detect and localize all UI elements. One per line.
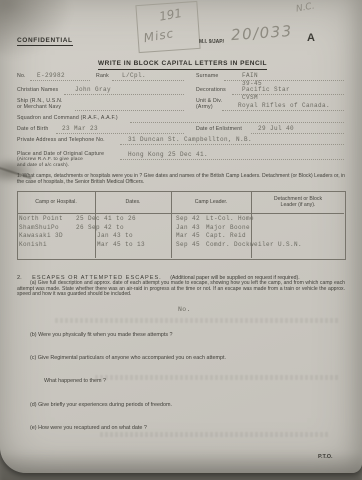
question-b: (b) Were you physically fit when you mad… <box>30 332 173 338</box>
unit-value: Royal Rifles of Canada. <box>238 102 330 109</box>
field-rule <box>112 80 184 81</box>
stamp-box: 191 Misc <box>135 1 200 53</box>
page-title: WRITE IN BLOCK CAPITAL LETTERS IN PENCIL <box>70 60 295 67</box>
question-e: (e) How were you recaptured and on what … <box>30 425 147 431</box>
mi9-reference: M.I. 9/JAP/ <box>199 39 224 45</box>
table-row: Kawasaki 3D Jan 43 to Mar 45 Capt. Reid <box>0 232 362 240</box>
table-row: North Point 25 Dec 41 to 26 Sep 42 Lt-Co… <box>0 215 362 223</box>
table-header-dates: Dates. <box>126 199 141 205</box>
date-of-birth-label: Date of Birth <box>17 126 48 132</box>
unit-label-line2: (Army) <box>196 104 213 110</box>
table-header-camp: Camp or Hospital. <box>35 199 77 205</box>
question-a: (a) Give full description and approx. da… <box>17 281 345 298</box>
decorations-label: Decorations <box>196 87 226 93</box>
table-header-line <box>17 213 344 214</box>
camp-name: North Point <box>19 215 63 222</box>
camp-leader: Comdr. Dockweiler U.S.N. <box>206 241 302 248</box>
field-rule <box>64 94 184 95</box>
dates-from: 25 Dec 41 to 26 <box>76 215 136 222</box>
stamp-box-word: Misc <box>143 26 176 45</box>
dates-from: 26 Sep 42 to <box>76 224 124 231</box>
camp-name: Konishi <box>19 241 47 248</box>
pto-footer: P.T.O. <box>318 454 333 460</box>
field-rule <box>251 133 344 134</box>
capture-label-line3: and date of a/c crash). <box>17 163 69 168</box>
dates-from: Mar 45 to 13 <box>97 241 145 248</box>
capture-value: Hong Kong 25 Dec 41. <box>128 151 208 158</box>
field-rule <box>75 110 184 111</box>
date-of-enlistment-label: Date of Enlistment <box>196 126 242 132</box>
bottom-shadow <box>0 452 362 480</box>
no-label: No. <box>17 73 26 79</box>
answer-a: No. <box>178 306 191 313</box>
table-row: ShamShuiPo 26 Sep 42 to Jan 43 Major Boo… <box>0 224 362 232</box>
dates-to: Mar 45 <box>176 232 200 239</box>
dates-from: Jan 43 to <box>97 232 133 239</box>
table-header-detachment-line2: Leader (if any). <box>281 202 316 208</box>
table-header-leader: Camp Leader. <box>195 199 228 205</box>
field-rule <box>130 122 344 123</box>
camp-leader: Lt-Col. Home <box>206 215 254 222</box>
scanned-form-page: CONFIDENTIAL 191 Misc M.I. 9/JAP/ 20/033… <box>0 0 362 480</box>
christian-names-label: Christian Names <box>17 87 58 93</box>
dates-to: Sep 42 <box>176 215 200 222</box>
date-of-enlistment-value: 29 Jul 40 <box>258 125 294 132</box>
ship-label-line2: or Merchant Navy <box>17 104 61 110</box>
decorations-line2: Pacific Star <box>242 86 290 93</box>
field-rule <box>30 80 90 81</box>
table-row: Konishi Mar 45 to 13 Sep 45 Comdr. Dockw… <box>0 241 362 249</box>
field-rule <box>222 110 344 111</box>
question-c2: What happened to them ? <box>44 378 106 384</box>
series-letter: A <box>307 32 315 44</box>
christian-names-value: John Gray <box>75 86 111 93</box>
surname-label: Surname <box>196 73 218 79</box>
bleed-through-line <box>100 432 330 437</box>
question-d: (d) Give briefly your experiences during… <box>30 402 172 408</box>
dates-to: Jan 43 <box>176 224 200 231</box>
stamp-box-number: 191 <box>158 6 183 24</box>
camp-name: Kawasaki 3D <box>19 232 63 239</box>
rank-value: L/Cpl. <box>122 72 146 79</box>
bleed-through-line <box>55 318 340 323</box>
question-c: (c) Give Regimental particulars of anyon… <box>30 355 226 361</box>
rank-label: Rank <box>96 73 109 79</box>
address-value: 31 Duncan St. Campbellton, N.B. <box>128 136 252 143</box>
capture-label-line2: (Aircrew R.A.F. to give place <box>17 157 83 162</box>
confidential-stamp: CONFIDENTIAL <box>17 37 73 46</box>
squadron-label: Squadron and Command (R.A.F., A.A.F.) <box>17 115 118 121</box>
dates-to: Sep 45 <box>176 241 200 248</box>
bleed-through-line <box>95 375 340 380</box>
camp-leader: Capt. Reid <box>206 232 246 239</box>
field-rule <box>56 133 184 134</box>
surname-value: FAIN <box>242 72 258 79</box>
no-value: E-29982 <box>37 72 65 79</box>
camp-leader: Major Boone <box>206 224 250 231</box>
address-label: Private Address and Telephone No. <box>17 137 105 143</box>
field-rule <box>120 144 344 145</box>
camp-name: ShamShuiPo <box>19 224 59 231</box>
field-rule <box>120 159 344 160</box>
decorations-line3: CVSM <box>242 94 258 101</box>
section1-question: 1. What camps, detachments or hospitals … <box>17 174 345 185</box>
date-of-birth-value: 23 Mar 23 <box>62 125 98 132</box>
